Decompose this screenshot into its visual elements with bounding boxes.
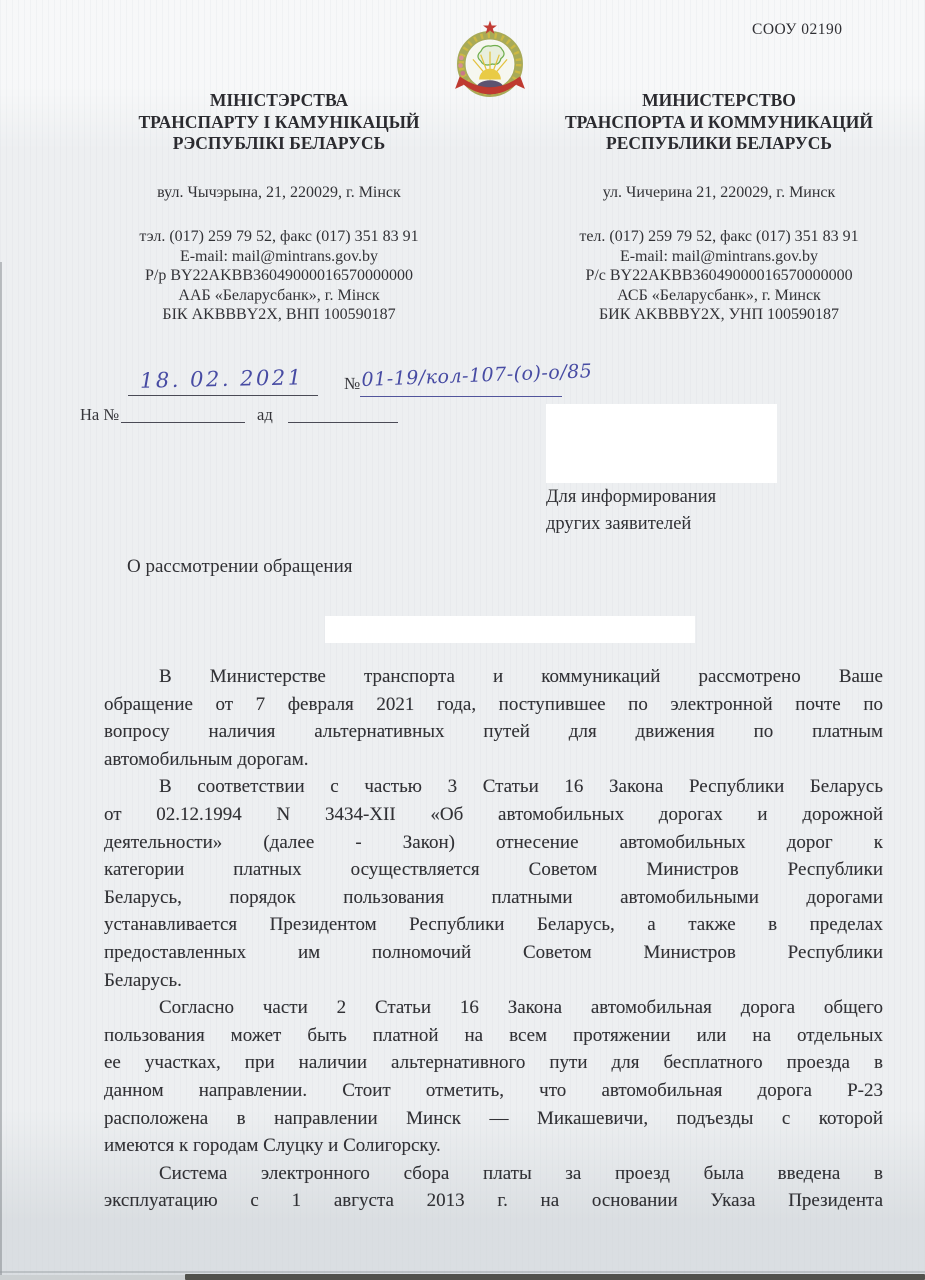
body-paragraph-3: Согласно части 2 Статьи 16 Закона автомо…	[104, 994, 883, 1160]
reply-number-blank-line	[121, 422, 245, 423]
body-paragraph-1: В Министерстве транспорта и коммуникаций…	[104, 663, 883, 773]
body-line: Беларусь.	[104, 967, 883, 995]
ministry-ru-line1: МИНИСТЕРСТВО	[533, 90, 905, 112]
handwritten-number: 01-19/кол-107-(о)-о/85	[361, 360, 593, 391]
body-line: Согласно части 2 Статьи 16 Закона автомо…	[104, 994, 883, 1022]
body-line: автомобильным дорогам.	[104, 746, 883, 774]
address-ru: ул. Чичерина 21, 220029, г. Минск	[533, 184, 905, 202]
ministry-name-by: МІНІСТЭРСТВА ТРАНСПАРТУ І КАМУНІКАЦЫЙ РЭ…	[98, 90, 460, 155]
scanned-letter-page: СООУ 02190 М	[0, 0, 925, 1280]
body-line: Система электронного сбора платы за прое…	[104, 1160, 883, 1188]
ministry-by-line3: РЭСПУБЛІКІ БЕЛАРУСЬ	[98, 133, 460, 155]
body-line: обращение от 7 февраля 2021 года, поступ…	[104, 691, 883, 719]
routing-note-line2: других заявителей	[546, 511, 806, 538]
contact-ru-phone: тел. (017) 259 79 52, факс (017) 351 83 …	[533, 227, 905, 247]
contact-by-email: E-mail: mail@mintrans.gov.by	[98, 247, 460, 267]
contact-block-by: тэл. (017) 259 79 52, факс (017) 351 83 …	[98, 227, 460, 325]
handwritten-date: 18. 02. 2021	[140, 365, 304, 392]
body-line: деятельности» (далее - Закон) отнесение …	[104, 829, 883, 857]
doc-code: СООУ 02190	[752, 21, 842, 39]
body-line: расположена в направлении Минск — Микаше…	[104, 1105, 883, 1133]
letter-body: В Министерстве транспорта и коммуникаций…	[104, 663, 883, 1215]
ministry-by-line2: ТРАНСПАРТУ І КАМУНІКАЦЫЙ	[98, 112, 460, 134]
address-by: вул. Чычэрына, 21, 220029, г. Мінск	[98, 184, 460, 202]
ministry-ru-line3: РЕСПУБЛИКИ БЕЛАРУСЬ	[533, 133, 905, 155]
body-paragraph-2: В соответствии с частью 3 Статьи 16 Зако…	[104, 773, 883, 994]
contact-ru-email: E-mail: mail@mintrans.gov.by	[533, 247, 905, 267]
redaction-box-inline	[325, 616, 695, 643]
body-line: предоставленных им полномочий Советом Ми…	[104, 939, 883, 967]
number-sign: №	[344, 374, 360, 394]
body-line: эксплуатацию с 1 августа 2013 г. на осно…	[104, 1187, 883, 1215]
date-blank-line	[128, 395, 318, 396]
belarus-coat-of-arms-icon	[451, 19, 529, 109]
body-line: имеются к городам Слуцку и Солигорску.	[104, 1132, 883, 1160]
contact-by-phone: тэл. (017) 259 79 52, факс (017) 351 83 …	[98, 227, 460, 247]
body-line: В Министерстве транспорта и коммуникаций…	[104, 663, 883, 691]
scan-edge-artifact-bottom-left	[0, 1275, 185, 1280]
reply-date-blank-line	[288, 422, 398, 423]
number-blank-line	[360, 396, 562, 397]
body-line: В соответствии с частью 3 Статьи 16 Зако…	[104, 773, 883, 801]
contact-by-bic: БІК AKBBBY2X, ВНП 100590187	[98, 305, 460, 325]
body-line: от 02.12.1994 N 3434-XII «Об автомобильн…	[104, 801, 883, 829]
contact-by-account: Р/р BY22AKBB36049000016570000000	[98, 266, 460, 286]
body-line: Беларусь, порядок пользования платными а…	[104, 884, 883, 912]
subject-line: О рассмотрении обращения	[127, 556, 353, 578]
redaction-box-addressee	[546, 404, 777, 483]
ministry-ru-line2: ТРАНСПОРТА И КОММУНИКАЦИЙ	[533, 112, 905, 134]
body-line: данном направлении. Стоит отметить, что …	[104, 1077, 883, 1105]
routing-note: Для информирования других заявителей	[546, 484, 806, 538]
scan-edge-artifact-left	[0, 262, 2, 1280]
ministry-name-ru: МИНИСТЕРСТВО ТРАНСПОРТА И КОММУНИКАЦИЙ Р…	[533, 90, 905, 155]
body-line: вопросу наличия альтернативных путей для…	[104, 718, 883, 746]
body-paragraph-4: Система электронного сбора платы за прое…	[104, 1160, 883, 1215]
contact-ru-bic: БИК AKBBBY2X, УНП 100590187	[533, 305, 905, 325]
contact-ru-account: Р/с BY22AKBB36049000016570000000	[533, 266, 905, 286]
body-line: категории платных осуществляется Советом…	[104, 856, 883, 884]
body-line: устанавливается Президентом Республики Б…	[104, 911, 883, 939]
contact-by-bank: ААБ «Беларусбанк», г. Мінск	[98, 286, 460, 306]
contact-ru-bank: АСБ «Беларусбанк», г. Минск	[533, 286, 905, 306]
reply-from-label: ад	[257, 405, 273, 425]
contact-block-ru: тел. (017) 259 79 52, факс (017) 351 83 …	[533, 227, 905, 325]
scan-edge-artifact-bottom	[185, 1274, 925, 1280]
ministry-by-line1: МІНІСТЭРСТВА	[98, 90, 460, 112]
scan-edge-line-bottom	[0, 1271, 925, 1273]
reply-number-label: На №	[80, 405, 119, 425]
body-line: пользования может быть платной на всем п…	[104, 1022, 883, 1050]
routing-note-line1: Для информирования	[546, 484, 806, 511]
body-line: ее участках, при наличии альтернативного…	[104, 1049, 883, 1077]
